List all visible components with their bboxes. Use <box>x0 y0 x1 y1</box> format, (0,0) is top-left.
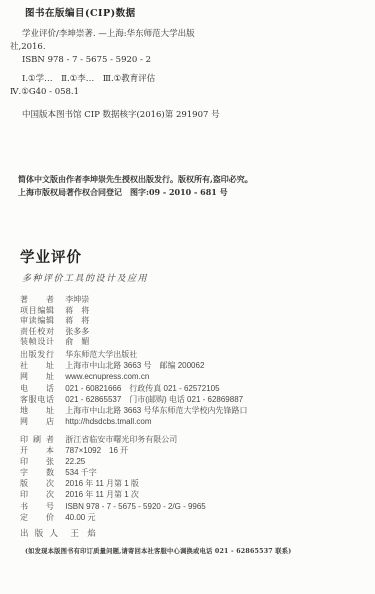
row-value: http://hdsdcbs.tmall.com <box>65 417 151 426</box>
book-title: 学业评价 <box>20 246 365 267</box>
credit-row-designer: 装帧设计 俞 媚 <box>20 337 365 348</box>
printing-row-format: 开本 787×1092 16 开 <box>20 445 371 456</box>
publisher-row-store-address: 地址 上海市中山北路 3663 号华东师范大学校内先锋路口 <box>20 405 371 416</box>
row-label: 定价 <box>20 512 54 523</box>
credit-label: 著者 <box>20 295 54 306</box>
row-value: 浙江省临安市曙光印务有限公司 <box>65 435 177 444</box>
row-value: 上海市中山北路 3663 号 邮编 200062 <box>65 361 204 370</box>
cip-class-line2: Ⅳ.①G40 - 058.1 <box>10 86 375 99</box>
row-label: 印张 <box>20 456 54 467</box>
row-label: 书号 <box>20 501 54 512</box>
credit-label: 责任校对 <box>20 327 54 338</box>
row-label: 版次 <box>20 478 54 489</box>
row-label: 社址 <box>20 360 54 371</box>
license-line1: 简体中文版由作者李坤崇先生授权出版发行。版权所有,盗印必究。 <box>18 173 369 186</box>
credit-value: 蒋 将 <box>65 316 89 325</box>
row-label: 地址 <box>20 405 54 416</box>
license-line2: 上海市版权局著作权合同登记 图字:09 - 2010 - 681 号 <box>18 186 369 199</box>
publisher-row-online-store: 网店 http://hdsdcbs.tmall.com <box>20 416 371 427</box>
row-label: 印次 <box>20 489 54 500</box>
printing-row-sheets: 印张 22.25 <box>20 456 371 467</box>
cip-block: 图书在版编目(CIP)数据 学业评价/李坤崇著. —上海:华东师范大学出版 社,… <box>0 7 375 122</box>
row-value: 021 - 62865537 门市(邮购) 电话 021 - 62869887 <box>65 395 243 404</box>
cip-record-line: 中国版本图书馆 CIP 数据核字(2016)第 291907 号 <box>22 109 375 122</box>
row-value: www.ecnupress.com.cn <box>65 372 149 381</box>
printing-row-printer: 印刷者 浙江省临安市曙光印务有限公司 <box>20 434 371 445</box>
credit-label: 项目编辑 <box>20 306 54 317</box>
publisher-row-address: 社址 上海市中山北路 3663 号 邮编 200062 <box>20 360 371 371</box>
row-label: 网店 <box>20 416 54 427</box>
printing-row-price: 定价 40.00 元 <box>20 512 371 523</box>
publisher-person-value: 王 焰 <box>70 528 96 538</box>
cip-heading: 图书在版编目(CIP)数据 <box>25 7 375 20</box>
row-label: 电话 <box>20 383 54 394</box>
license-block: 简体中文版由作者李坤崇先生授权出版发行。版权所有,盗印必究。 上海市版权局著作权… <box>18 173 369 199</box>
colophon-page: 图书在版编目(CIP)数据 学业评价/李坤崇著. —上海:华东师范大学出版 社,… <box>0 0 375 594</box>
row-label: 网址 <box>20 371 54 382</box>
publisher-person-row: 出版人 王 焰 <box>20 527 96 539</box>
row-value: ISBN 978 - 7 - 5675 - 5920 - 2/G - 9965 <box>65 502 206 511</box>
quality-footnote: (如发现本版图书有印订质量问题,请寄回本社客服中心调换或电话 021 - 628… <box>25 546 369 555</box>
row-label: 开本 <box>20 445 54 456</box>
credit-value: 李坤崇 <box>65 295 89 304</box>
printing-row-isbn: 书号 ISBN 978 - 7 - 5675 - 5920 - 2/G - 99… <box>20 501 371 512</box>
cip-title-line2: 社,2016. <box>10 41 375 54</box>
credit-label: 审读编辑 <box>20 316 54 327</box>
credit-value: 蒋 将 <box>65 306 89 315</box>
credit-value: 俞 媚 <box>65 337 89 346</box>
printing-row-edition: 版次 2016 年 11 月第 1 版 <box>20 478 371 489</box>
row-value: 2016 年 11 月第 1 版 <box>65 479 139 488</box>
publisher-row-phone: 电话 021 - 60821666 行政传真 021 - 62572105 <box>20 383 371 394</box>
row-value: 40.00 元 <box>65 513 95 522</box>
row-label: 字数 <box>20 467 54 478</box>
row-value: 2016 年 11 月第 1 次 <box>65 490 139 499</box>
publisher-row-issuer: 出版发行 华东师范大学出版社 <box>20 349 371 360</box>
cip-title-line1: 学业评价/李坤崇著. —上海:华东师范大学出版 <box>22 28 375 41</box>
row-label: 印刷者 <box>20 434 54 445</box>
cip-class-line1: Ⅰ.①学… Ⅱ.①李… Ⅲ.①教育评估 <box>22 73 375 86</box>
cip-isbn-line: ISBN 978 - 7 - 5675 - 5920 - 2 <box>22 54 375 67</box>
printing-row-wordcount: 字数 534 千字 <box>20 467 371 478</box>
credit-row-review-editor: 审读编辑 蒋 将 <box>20 316 365 327</box>
publisher-block: 出版发行 华东师范大学出版社 社址 上海市中山北路 3663 号 邮编 2000… <box>20 349 371 427</box>
publisher-person-label: 出版人 <box>20 527 58 539</box>
credits-list: 著者 李坤崇 项目编辑 蒋 将 审读编辑 蒋 将 责任校对 张多多 装帧设计 俞… <box>20 295 365 348</box>
row-label: 客服电话 <box>20 394 54 405</box>
printing-block: 印刷者 浙江省临安市曙光印务有限公司 开本 787×1092 16 开 印张 2… <box>20 434 371 523</box>
row-label: 出版发行 <box>20 349 54 360</box>
book-subtitle: 多种评价工具的设计及应用 <box>22 271 365 284</box>
credit-row-project-editor: 项目编辑 蒋 将 <box>20 306 365 317</box>
row-value: 787×1092 16 开 <box>65 446 128 455</box>
row-value: 上海市中山北路 3663 号华东师范大学校内先锋路口 <box>65 406 247 415</box>
credit-row-author: 著者 李坤崇 <box>20 295 365 306</box>
row-value: 华东师范大学出版社 <box>65 350 137 359</box>
row-value: 534 千字 <box>65 468 97 477</box>
title-block: 学业评价 多种评价工具的设计及应用 著者 李坤崇 项目编辑 蒋 将 审读编辑 蒋… <box>20 246 365 348</box>
credit-value: 张多多 <box>65 327 89 336</box>
row-value: 021 - 60821666 行政传真 021 - 62572105 <box>65 384 219 393</box>
printing-row-impression: 印次 2016 年 11 月第 1 次 <box>20 489 371 500</box>
credit-label: 装帧设计 <box>20 337 54 348</box>
row-value: 22.25 <box>65 457 85 466</box>
publisher-row-website: 网址 www.ecnupress.com.cn <box>20 371 371 382</box>
credit-row-proofreader: 责任校对 张多多 <box>20 327 365 338</box>
publisher-row-service-phone: 客服电话 021 - 62865537 门市(邮购) 电话 021 - 6286… <box>20 394 371 405</box>
